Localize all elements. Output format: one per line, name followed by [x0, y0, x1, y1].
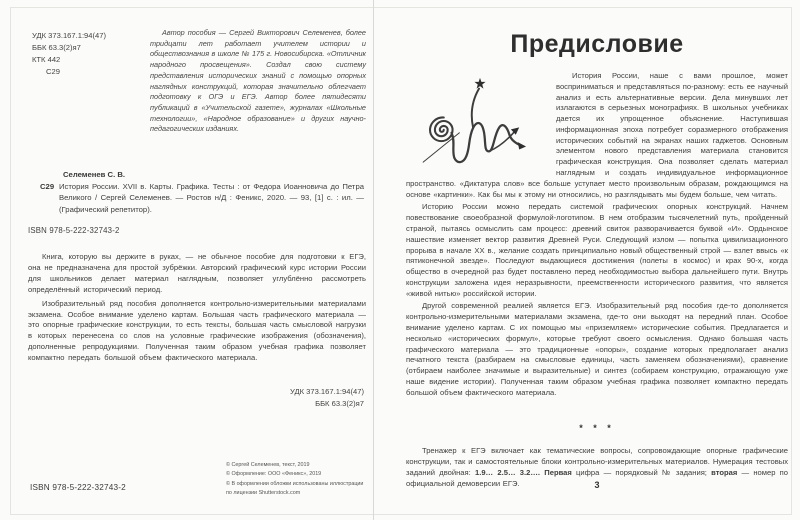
preface-paragraph-2: Историю России можно передать системой г…	[406, 202, 788, 299]
preface-page: Предисловие История России, наше с в	[406, 8, 788, 512]
p4-bold-second: вторая	[711, 468, 737, 477]
book-spread: УДК 373.167.1:94(47) ББК 63.3(2)я7 КТК 4…	[0, 0, 800, 520]
udk-code-bottom: УДК 373.167.1:94(47)	[14, 386, 364, 398]
preface-body: История России, наше с вами прошлое, мож…	[406, 71, 788, 489]
udk-code: УДК 373.167.1:94(47)	[32, 30, 150, 42]
copyright-line-author: © Сергей Селеменев, текст, 2019	[226, 461, 366, 470]
copyright-line-publisher: © Оформление: ООО «Феникс», 2019	[226, 470, 366, 479]
catalog-author-line: Селеменев С. В.	[63, 169, 370, 181]
classification-codes-bottom: УДК 373.167.1:94(47) ББК 63.3(2)я7	[14, 386, 364, 410]
bbk-code-bottom: ББК 63.3(2)я7	[14, 398, 364, 410]
ktk-code: КТК 442	[32, 54, 150, 66]
classification-codes: УДК 373.167.1:94(47) ББК 63.3(2)я7 КТК 4…	[14, 8, 150, 135]
copyright-block: © Сергей Селеменев, текст, 2019 © Оформл…	[226, 461, 366, 498]
annotation-paragraph-2: Изобразительный ряд пособия дополняется …	[28, 299, 366, 364]
catalog-entry-row: С29 История России. XVII в. Карты. Графи…	[59, 181, 370, 216]
page-number: 3	[406, 480, 788, 490]
author-bio-text: Автор пособия — Сергей Викторович Селеме…	[150, 28, 366, 135]
annotation-block: Книга, которую вы держите в руках, — не …	[28, 252, 366, 363]
author-bio-block: Автор пособия — Сергей Викторович Селеме…	[150, 8, 370, 135]
page-gutter-divider	[373, 0, 374, 520]
page-title: Предисловие	[406, 30, 788, 59]
isbn-line-bottom: ISBN 978-5-222-32743-2	[30, 483, 126, 492]
catalog-entry-text: История России. XVII в. Карты. Графика. …	[59, 182, 364, 214]
catalog-code-label: С29	[40, 181, 54, 193]
copyright-line-cover: © В оформлении обложки использованы иллю…	[226, 480, 366, 498]
isbn-line-top: ISBN 978-5-222-32743-2	[28, 226, 370, 235]
spiral-wave-star-sketch-icon	[414, 73, 546, 171]
p4-bold-numbering: 1.9… 2.5… 3.2…. Первая	[475, 468, 572, 477]
catalog-record: Селеменев С. В. С29 История России. XVII…	[59, 169, 370, 215]
preface-paragraph-3: Другой современной реалией является ЕГЭ.…	[406, 301, 788, 398]
author-sign-code: С29	[32, 66, 150, 78]
p4-text-2: цифра — порядковый № задания;	[572, 468, 711, 477]
bbk-code: ББК 63.3(2)я7	[32, 42, 150, 54]
imprint-top-row: УДК 373.167.1:94(47) ББК 63.3(2)я7 КТК 4…	[14, 8, 370, 135]
section-separator: * * *	[406, 422, 788, 435]
annotation-paragraph-1: Книга, которую вы держите в руках, — не …	[28, 252, 366, 295]
imprint-page: УДК 373.167.1:94(47) ББК 63.3(2)я7 КТК 4…	[14, 8, 370, 512]
